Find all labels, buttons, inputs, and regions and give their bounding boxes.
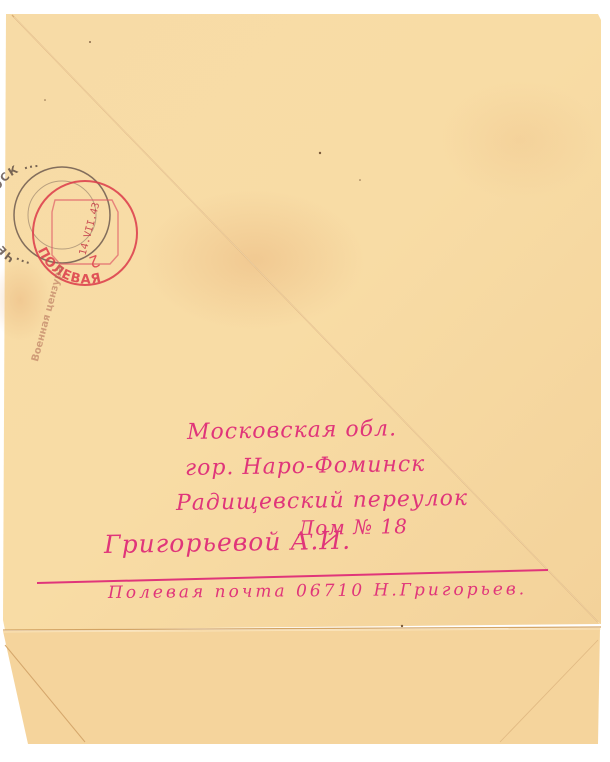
paper-bottom-flap: [3, 628, 600, 744]
address-street: Радищевский переулок: [176, 486, 469, 516]
letter-paper: ...ЧЕСК ... МОСК ... ПОЛЕВАЯ 2 14.VII.43: [0, 0, 610, 762]
sender-field-post: Полевая почта 06710 Н.Григорьев.: [108, 579, 527, 603]
address-recipient: Григорьевой А.И.: [104, 526, 351, 559]
address-region: Московская обл.: [187, 416, 397, 445]
address-city: гор. Наро-Фоминск: [185, 452, 426, 481]
